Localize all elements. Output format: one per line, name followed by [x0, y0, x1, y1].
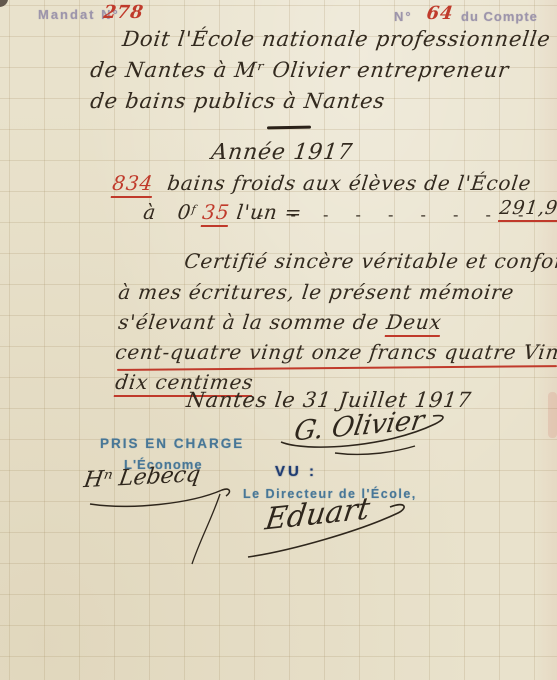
paper-corner-smudge	[0, 0, 8, 7]
account-number-value: 64	[425, 3, 454, 24]
econome-signature: Hⁿ Lebecq	[82, 462, 202, 493]
unit-price-centimes: 35	[201, 200, 231, 227]
mandat-number-value: 278	[102, 2, 145, 23]
certification-line-3-prefix: s'élevant à la somme de	[117, 310, 381, 334]
year-heading: Année 1917	[210, 140, 354, 165]
place-date-line: Nantes le 31 Juillet 1917	[185, 388, 473, 412]
unit-price-prefix: à	[142, 200, 158, 224]
certification-line-1: Certifié sincère véritable et conforme	[183, 249, 557, 273]
debit-line-3: de bains publics à Nantes	[89, 89, 386, 113]
vu-stamp: VU :	[275, 463, 317, 480]
certification-line-4: cent-quatre vingt onze francs quatre Vin…	[114, 340, 557, 364]
scanned-document-page: Mandat N° 278 N° 64 du Compte Doit l'Éco…	[0, 0, 557, 680]
debit-line-1: Doit l'École nationale professionnelle	[121, 27, 552, 51]
account-number-stamp-label: N°	[394, 9, 413, 24]
amount-in-words-part-1: Deux	[385, 310, 444, 337]
invoice-quantity: 834	[111, 171, 155, 198]
dash-leader: - - - - - - - - -	[258, 205, 534, 224]
pris-en-charge-stamp: PRIS EN CHARGE	[100, 436, 244, 451]
certification-line-3: s'élevant à la somme de Deux	[117, 310, 443, 334]
total-amount-value: 291,90	[498, 197, 557, 222]
paper-bleed-mark	[548, 392, 557, 438]
certification-line-2: à mes écritures, le présent mémoire	[117, 280, 516, 304]
invoice-description: bains froids aux élèves de l'École	[166, 171, 533, 195]
unit-price-franc-symbol: f	[191, 203, 197, 216]
account-number-stamp-suffix: du Compte	[461, 9, 538, 24]
section-rule	[267, 126, 311, 129]
debit-line-2: de Nantes à Mʳ Olivier entrepreneur	[89, 58, 511, 82]
invoice-item-line: 834 bains froids aux élèves de l'École	[111, 171, 533, 195]
total-amount: 291,90	[498, 197, 557, 219]
